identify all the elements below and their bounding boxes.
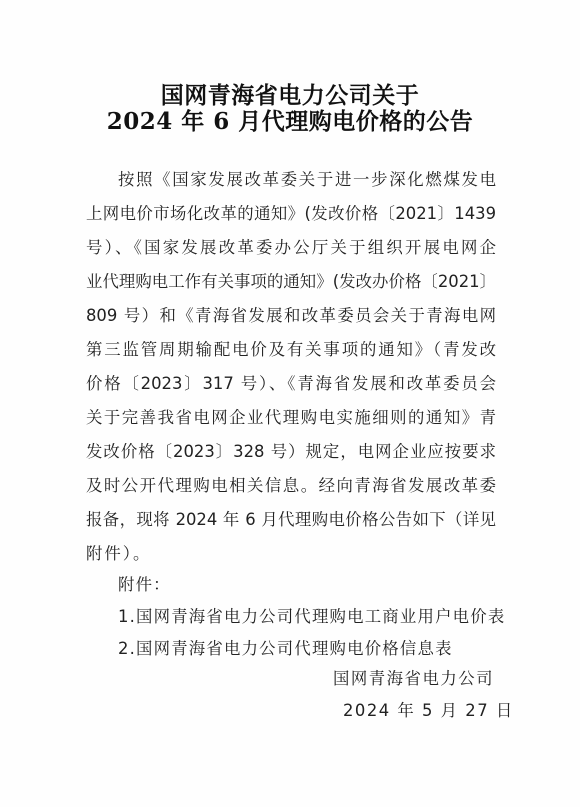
body-paragraph-line: 价格〔2023〕317 号）、《青海省发展和改革委员会 (86, 373, 496, 395)
attachment-item-1: 1.国网青海省电力公司代理购电工商业用户电价表 (118, 606, 505, 628)
body-paragraph-line: 业代理购电工作有关事项的通知》(发改办价格〔2021〕 (86, 271, 496, 293)
signature-organization: 国网青海省电力公司 (333, 668, 494, 690)
body-paragraph-line: 及时公开代理购电相关信息。经向青海省发展改革委 (86, 475, 496, 497)
body-paragraph-line: 按照《国家发展改革委关于进一步深化燃煤发电 (118, 169, 496, 191)
body-paragraph-line: 号）、《国家发展改革委办公厅关于组织开展电网企 (86, 237, 496, 259)
document-page: 国网青海省电力公司关于 2024 年 6 月代理购电价格的公告 按照《国家发展改… (0, 0, 580, 807)
body-paragraph-line: 附件）。 (86, 543, 496, 565)
body-paragraph-line: 报备，现将 2024 年 6 月代理购电价格公告如下（详见 (86, 509, 496, 531)
body-paragraph-line: 发改价格〔2023〕328 号）规定，电网企业应按要求 (86, 441, 496, 463)
body-paragraph-line: 关于完善我省电网企业代理购电实施细则的通知》青 (86, 407, 496, 429)
signature-date: 2024 年 5 月 27 日 (343, 700, 514, 722)
attachment-item-2: 2.国网青海省电力公司代理购电价格信息表 (118, 638, 453, 660)
document-title-line-2: 2024 年 6 月代理购电价格的公告 (0, 109, 580, 135)
body-paragraph-line: 上网电价市场化改革的通知》(发改价格〔2021〕1439 (86, 203, 496, 225)
document-title-line-1: 国网青海省电力公司关于 (0, 83, 580, 109)
body-paragraph-line: 809 号）和《青海省发展和改革委员会关于青海电网 (86, 305, 496, 327)
attachments-label: 附件： (118, 574, 171, 596)
body-paragraph-line: 第三监管周期输配电价及有关事项的通知》（青发改 (86, 339, 496, 361)
